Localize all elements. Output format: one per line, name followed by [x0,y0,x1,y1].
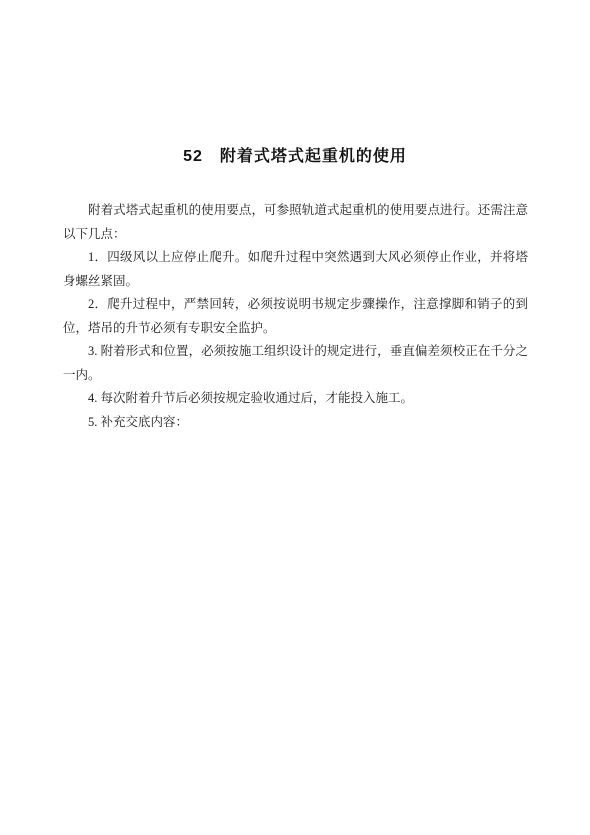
list-item-4: 4. 每次附着升节后必须按规定验收通过后，才能投入施工。 [63,387,528,411]
list-item-2: 2．爬升过程中，严禁回转，必须按说明书规定步骤操作，注意撑脚和销子的到位，塔吊的… [63,293,528,340]
list-item-1: 1．四级风以上应停止爬升。如爬升过程中突然遇到大风必须停止作业，并将塔身螺丝紧固… [63,246,528,293]
list-item-3: 3. 附着形式和位置，必须按施工组织设计的规定进行，垂直偏差须校正在千分之一内。 [63,340,528,387]
list-item-5: 5. 补充交底内容： [63,411,528,435]
document-body: 附着式塔式起重机的使用要点，可参照轨道式起重机的使用要点进行。还需注意以下几点：… [63,199,528,434]
intro-paragraph: 附着式塔式起重机的使用要点，可参照轨道式起重机的使用要点进行。还需注意以下几点： [63,199,528,246]
section-title: 52 附着式塔式起重机的使用 [0,0,590,168]
document-page: 52 附着式塔式起重机的使用 附着式塔式起重机的使用要点，可参照轨道式起重机的使… [0,0,590,835]
